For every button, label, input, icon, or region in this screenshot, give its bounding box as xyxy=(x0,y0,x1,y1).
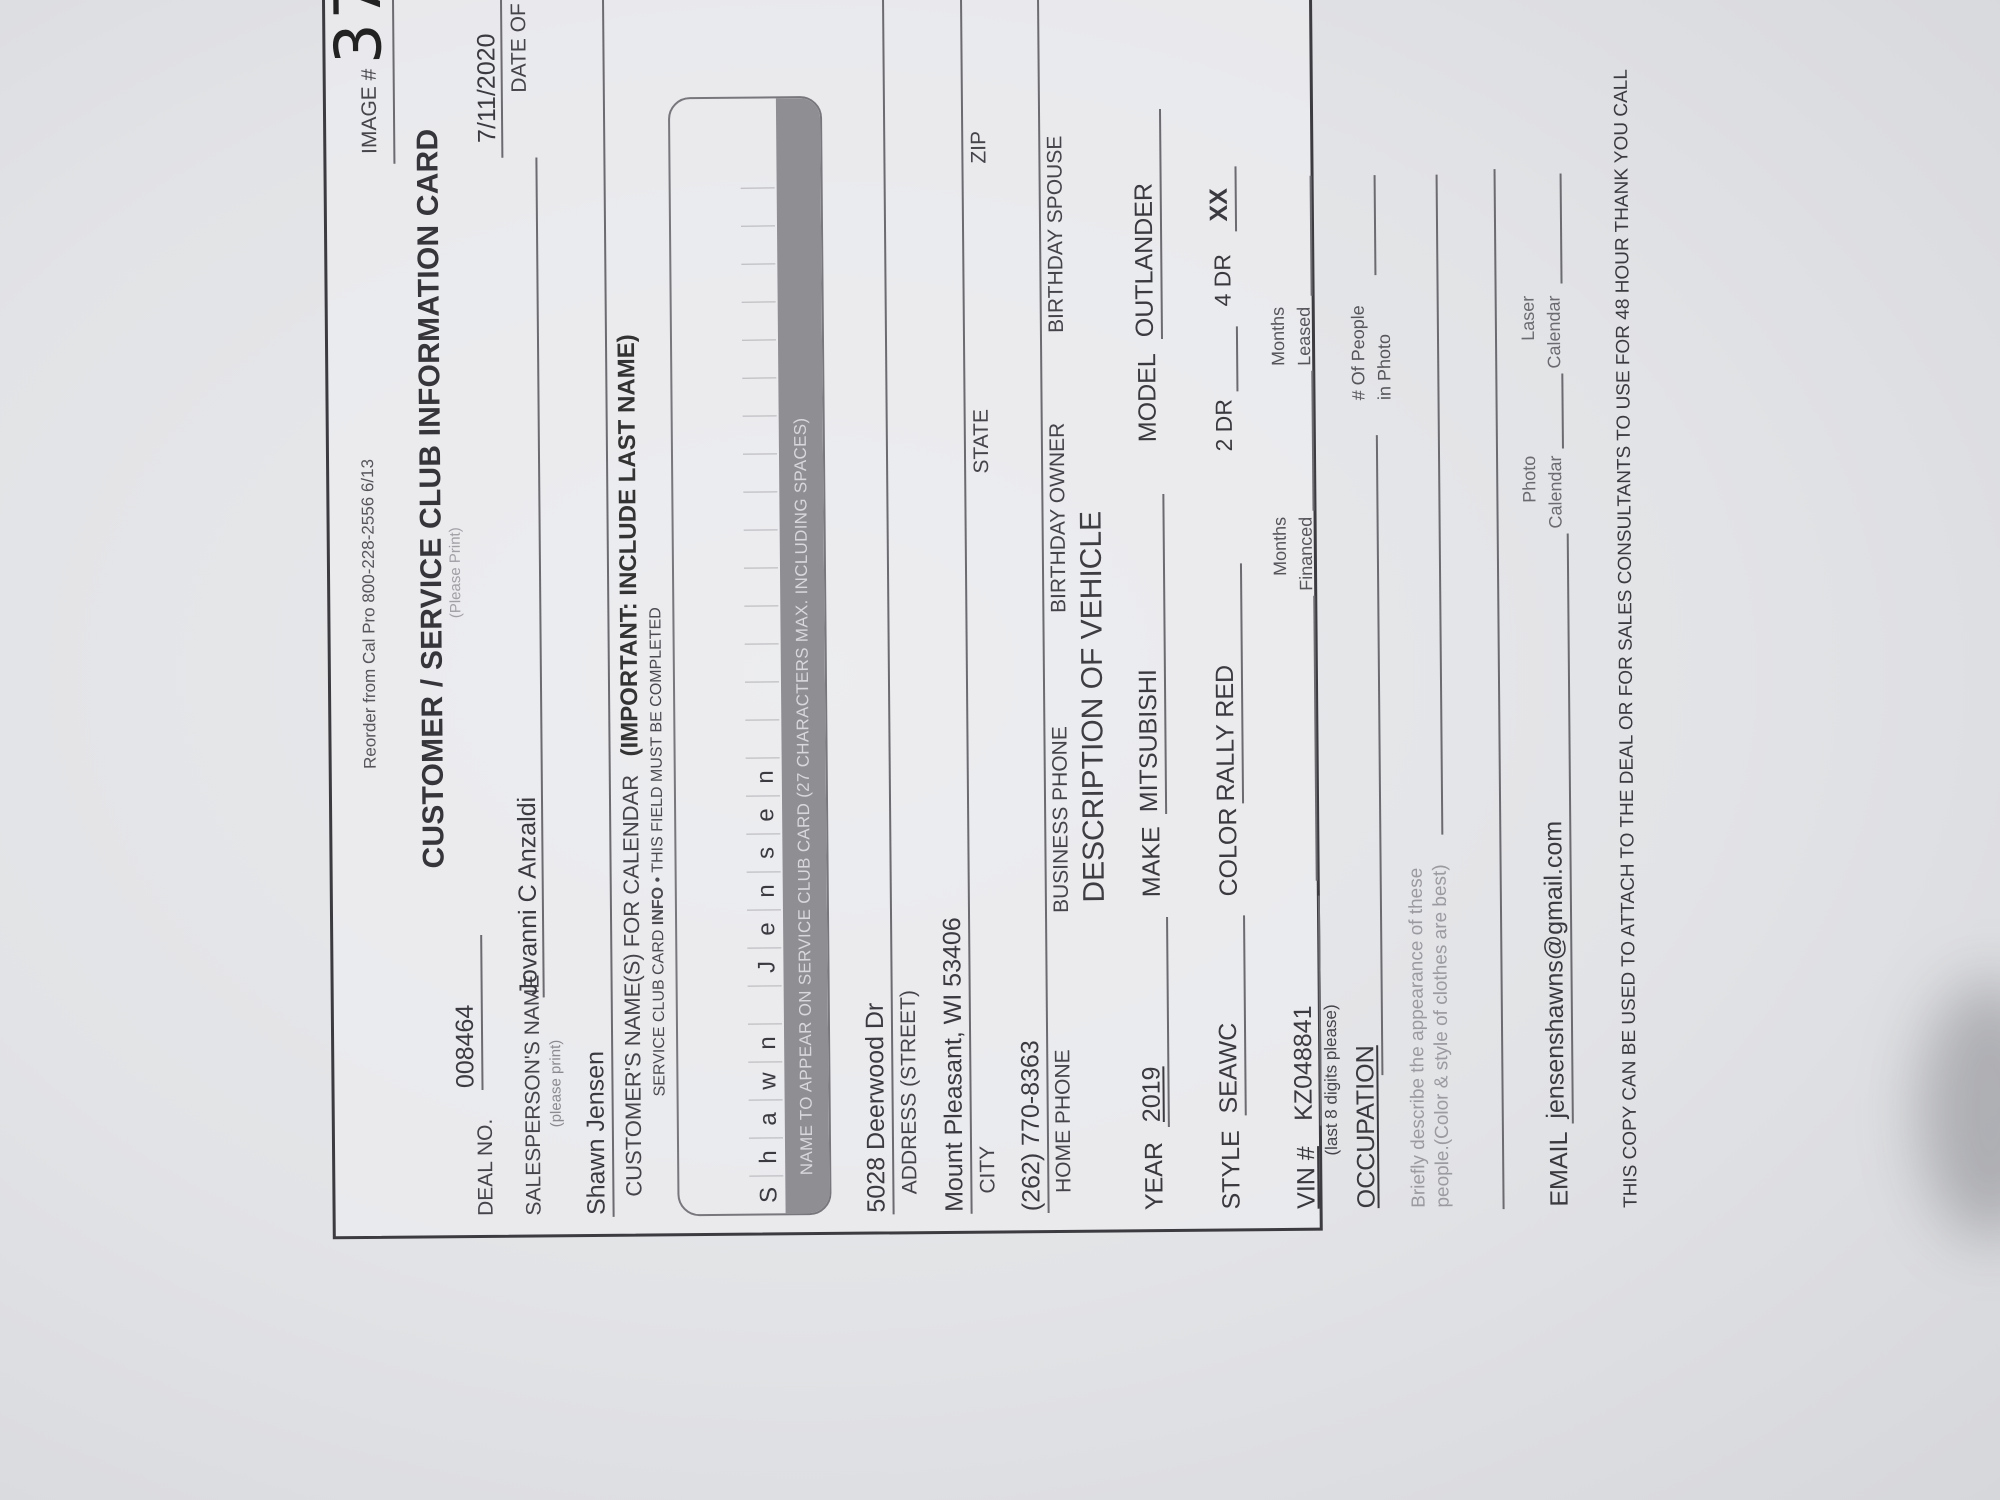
service-card-character-cell[interactable] xyxy=(748,985,782,1023)
service-card-character-cell[interactable]: n xyxy=(747,871,781,909)
service-card-character-cell[interactable] xyxy=(742,377,776,415)
service-card-character-cell[interactable] xyxy=(745,719,779,757)
service-card-character-cell[interactable] xyxy=(741,225,775,263)
home-phone-field[interactable]: (262) 770-8363 xyxy=(1016,1040,1046,1211)
service-card-character-cell[interactable] xyxy=(745,643,779,681)
city-label: CITY xyxy=(976,1146,1000,1194)
business-phone-label: BUSINESS PHONE xyxy=(1048,726,1074,913)
laser-calendar-top: Laser xyxy=(1515,296,1542,369)
people-bottom: in Photo xyxy=(1371,305,1398,400)
address-label: ADDRESS (STREET) xyxy=(897,990,923,1194)
photo-calendar-top: Photo xyxy=(1516,456,1543,529)
customer-name-field[interactable]: Shawn Jensen xyxy=(581,1051,611,1215)
model-field[interactable]: OUTLANDER xyxy=(1130,183,1160,337)
title-hint: (Please Print) xyxy=(447,527,465,618)
service-card-character-cell[interactable]: s xyxy=(746,833,780,871)
service-card-character-cell[interactable] xyxy=(743,415,777,453)
date-of-sale-label: DATE OF SALE xyxy=(507,0,532,93)
service-card-character-cell[interactable]: w xyxy=(748,1061,782,1099)
vehicle-heading: DESCRIPTION OF VEHICLE xyxy=(1074,511,1111,903)
months-financed-bottom: Financed xyxy=(1293,517,1320,591)
email-field[interactable]: jensenshawns@gmail.com xyxy=(1539,821,1571,1119)
city-field[interactable]: Mount Pleasant, WI 53406 xyxy=(938,917,970,1212)
year-label: YEAR xyxy=(1140,1142,1169,1210)
months-leased-bottom: Leased xyxy=(1291,307,1318,366)
two-door-label: 2 DR xyxy=(1211,399,1238,452)
appearance-field-2[interactable] xyxy=(1494,169,1505,1209)
deal-number-value: 008464 xyxy=(451,1005,480,1089)
months-financed-label: Months Financed xyxy=(1267,517,1320,592)
four-door-field[interactable]: XX xyxy=(1205,188,1234,222)
subnote-prefix: SERVICE CLUB CARD xyxy=(650,925,668,1096)
image-number-value[interactable]: 379 xyxy=(321,0,396,64)
salesperson-value: Jovanni C Anzaldi xyxy=(513,797,543,996)
birthday-owner-label: BIRTHDAY OWNER xyxy=(1046,423,1072,613)
service-card-character-cell[interactable]: h xyxy=(749,1137,783,1175)
service-card-character-cell[interactable]: n xyxy=(748,1023,782,1061)
service-card-character-cell[interactable] xyxy=(742,301,776,339)
customer-name-value: Shawn Jensen xyxy=(581,1051,610,1215)
service-card-character-cell[interactable]: n xyxy=(746,757,780,795)
appearance-field[interactable] xyxy=(1436,175,1444,835)
service-card-band: NAME TO APPEAR ON SERVICE CLUB CARD (27 … xyxy=(776,98,830,1213)
color-field[interactable]: RALLY RED xyxy=(1211,665,1241,802)
address-value: 5028 Deerwood Dr xyxy=(861,1003,891,1213)
zip-label: ZIP xyxy=(967,131,991,164)
laser-calendar-field[interactable] xyxy=(1560,174,1563,284)
salesperson-field[interactable]: Jovanni C Anzaldi xyxy=(513,797,544,996)
service-card-character-cell[interactable]: S xyxy=(749,1175,783,1213)
people-top: # Of People xyxy=(1345,305,1372,400)
service-card-character-cell[interactable]: e xyxy=(746,795,780,833)
people-in-photo-label: # Of People in Photo xyxy=(1345,305,1398,401)
year-row: YEAR xyxy=(1140,1142,1170,1210)
months-leased-label: Months Leased xyxy=(1265,307,1318,367)
vin-label: VIN # xyxy=(1292,1146,1322,1209)
appearance-line1: Briefly describe the appearance of these xyxy=(1405,864,1432,1207)
laser-calendar-label: Laser Calendar xyxy=(1515,295,1568,368)
deal-number-label: DEAL NO. xyxy=(474,1119,499,1216)
service-card-character-cell[interactable] xyxy=(744,605,778,643)
important-note: (IMPORTANT: INCLUDE LAST NAME) xyxy=(613,334,644,756)
style-field[interactable]: SEAWC xyxy=(1214,1023,1244,1114)
occupation-field[interactable] xyxy=(1376,435,1384,1075)
vin-hint: (last 8 digits please) xyxy=(1321,1004,1342,1155)
service-card-character-cell[interactable] xyxy=(744,567,778,605)
service-card-character-cell[interactable]: a xyxy=(749,1099,783,1137)
city-value: Mount Pleasant, WI 53406 xyxy=(938,917,969,1212)
form-title: CUSTOMER / SERVICE CLUB INFORMATION CARD xyxy=(411,129,451,869)
vin-field[interactable]: KZ048841 xyxy=(1289,1005,1319,1121)
deal-number-field[interactable]: 008464 xyxy=(450,938,480,1088)
birthday-spouse-label: BIRTHDAY SPOUSE xyxy=(1043,136,1069,333)
image-number-group: IMAGE # xyxy=(358,69,383,154)
occupation-label: OCCUPATION xyxy=(1351,1045,1381,1208)
make-field[interactable]: MITSUBISHI xyxy=(1134,669,1164,812)
image-number-label: IMAGE # xyxy=(358,69,382,154)
salesperson-label: SALESPERSON'S NAME xyxy=(521,975,547,1216)
style-label: STYLE xyxy=(1217,1130,1247,1209)
state-label: STATE xyxy=(970,409,995,474)
service-card-character-cell[interactable] xyxy=(743,491,777,529)
service-club-information-card: Reorder from Cal Pro 800-228-2556 6/13 C… xyxy=(321,0,1323,1239)
appearance-line2: people.(Color & style of clothes are bes… xyxy=(1429,864,1456,1207)
home-phone-label: HOME PHONE xyxy=(1051,1049,1076,1193)
months-financed-top: Months xyxy=(1267,517,1294,591)
months-leased-top: Months xyxy=(1265,307,1292,366)
laser-calendar-bottom: Calendar xyxy=(1541,295,1568,368)
service-card-character-cell[interactable]: J xyxy=(747,947,781,985)
reorder-text: Reorder from Cal Pro 800-228-2556 6/13 xyxy=(358,459,381,769)
salesperson-hint: (please print) xyxy=(547,1040,565,1128)
photo-shadow xyxy=(1920,980,2000,1240)
service-card-character-cell[interactable]: e xyxy=(747,909,781,947)
footer-note: THIS COPY CAN BE USED TO ATTACH TO THE D… xyxy=(1611,69,1643,1208)
year-field[interactable]: 2019 xyxy=(1137,1066,1166,1122)
service-card-character-cell[interactable] xyxy=(745,681,779,719)
service-card-character-cell[interactable] xyxy=(743,453,777,491)
service-card-character-cell[interactable] xyxy=(741,263,775,301)
address-field[interactable]: 5028 Deerwood Dr xyxy=(861,1003,892,1213)
service-card-name-box: ShawnJensen NAME TO APPEAR ON SERVICE CL… xyxy=(668,96,832,1216)
people-in-photo-field[interactable] xyxy=(1374,175,1377,275)
service-card-character-cell[interactable] xyxy=(741,187,775,225)
four-door-label: 4 DR xyxy=(1209,254,1236,307)
service-card-character-cell[interactable] xyxy=(744,529,778,567)
subnote-bold: INFO xyxy=(650,887,667,925)
appearance-label: Briefly describe the appearance of these… xyxy=(1405,864,1456,1208)
photo-calendar-field[interactable] xyxy=(1561,374,1564,449)
date-of-sale-field[interactable]: 7/11/2020 xyxy=(472,33,502,143)
make-label: MAKE xyxy=(1137,826,1167,897)
photo-calendar-bottom: Calendar xyxy=(1542,455,1569,528)
model-label: MODEL xyxy=(1133,353,1163,442)
subnote-suffix: • THIS FIELD MUST BE COMPLETED xyxy=(647,607,666,887)
email-label: EMAIL xyxy=(1545,1131,1575,1206)
home-phone-value: (262) 770-8363 xyxy=(1016,1040,1045,1211)
customer-name-label: CUSTOMER'S NAME(S) FOR CALENDAR xyxy=(618,775,647,1197)
date-of-sale-value: 7/11/2020 xyxy=(472,33,501,143)
service-card-character-cell[interactable] xyxy=(742,339,776,377)
color-label: COLOR xyxy=(1214,807,1244,896)
photo-calendar-label: Photo Calendar xyxy=(1516,455,1569,528)
